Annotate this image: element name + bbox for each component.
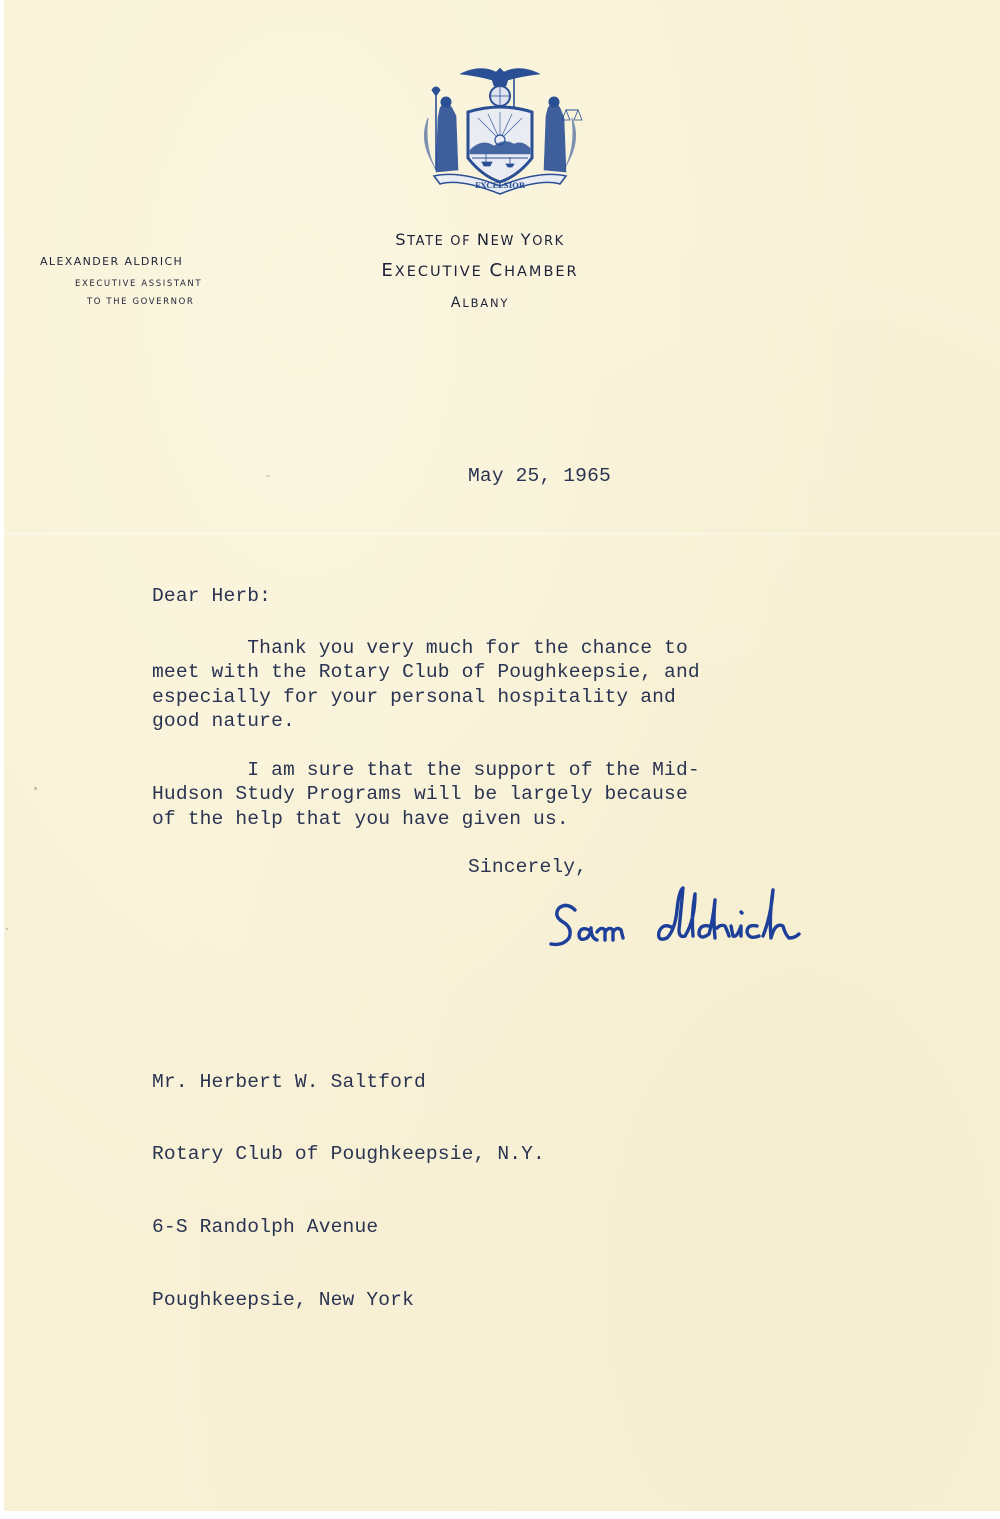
letterhead-chamber: EXECUTIVE CHAMBER <box>340 260 620 281</box>
paper-speck <box>34 787 37 790</box>
sender-title-line-1: EXECUTIVE ASSISTANT <box>75 279 202 289</box>
paper-speck <box>6 928 8 930</box>
handwritten-signature: Sam Aldrich <box>545 880 845 960</box>
letter-paragraph-2: I am sure that the support of the Mid- H… <box>152 758 700 831</box>
new-york-state-seal-icon: EXCELSIOR <box>410 58 590 198</box>
letter-paragraph-1: Thank you very much for the chance to me… <box>152 636 700 733</box>
seal-motto: EXCELSIOR <box>475 181 526 190</box>
recipient-address: Mr. Herbert W. Saltford Rotary Club of P… <box>152 1021 545 1337</box>
letter-date: May 25, 1965 <box>468 464 611 488</box>
paper-speck <box>266 475 270 477</box>
recipient-city: Poughkeepsie, New York <box>152 1288 545 1312</box>
sender-name: ALEXANDER ALDRICH <box>40 255 183 268</box>
letterhead-city: ALBANY <box>340 295 620 311</box>
paper-fold-line <box>4 532 1000 535</box>
letter-salutation: Dear Herb: <box>152 584 271 608</box>
recipient-name: Mr. Herbert W. Saltford <box>152 1070 545 1094</box>
letter-closing: Sincerely, <box>468 855 587 879</box>
recipient-street: 6-S Randolph Avenue <box>152 1215 545 1239</box>
letterhead-state: STATE OF NEW YORK <box>340 230 620 249</box>
sender-title-line-2: TO THE GOVERNOR <box>87 297 194 307</box>
recipient-organization: Rotary Club of Poughkeepsie, N.Y. <box>152 1142 545 1166</box>
